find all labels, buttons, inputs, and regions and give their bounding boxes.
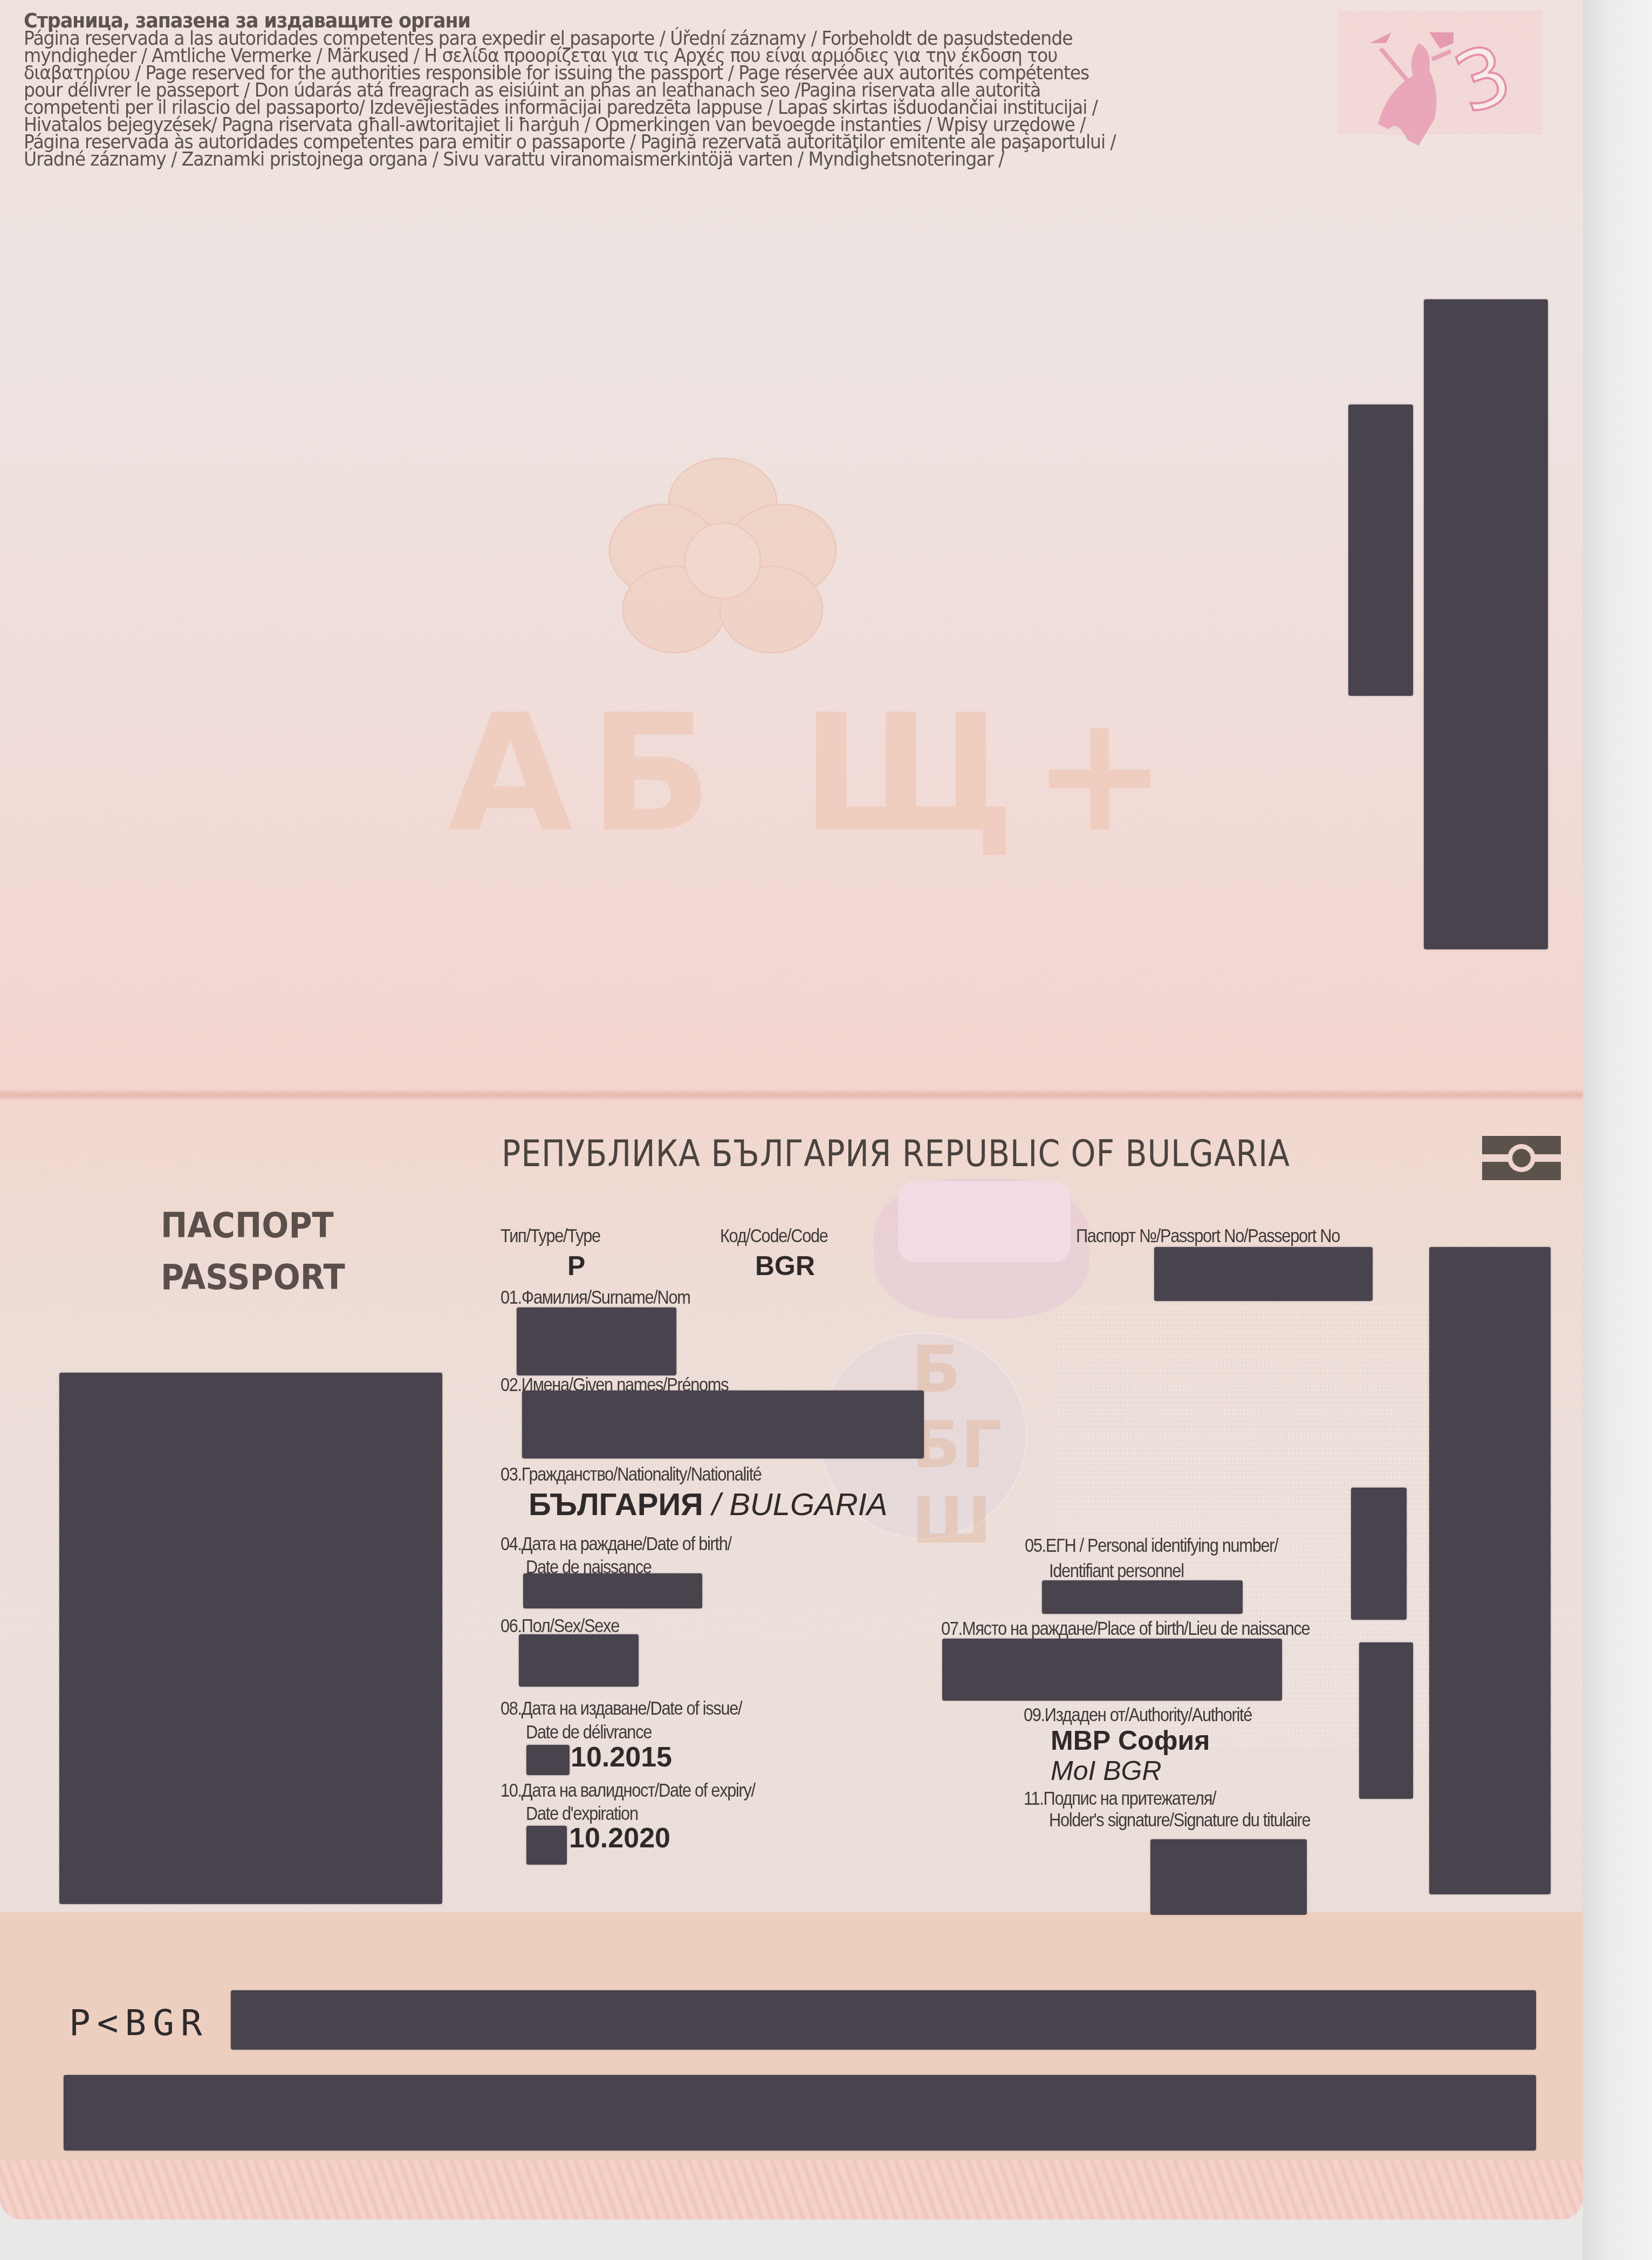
hologram-window-inner xyxy=(898,1181,1071,1262)
redacted-issue-day xyxy=(526,1745,570,1775)
field-value-code: BGR xyxy=(755,1250,815,1282)
redacted-pob-extra xyxy=(1359,1642,1413,1799)
redacted-pin xyxy=(1042,1580,1243,1614)
field-label-issue-date: 08.Дата на издаване/Date of issue/ xyxy=(501,1698,742,1720)
ghost-glyph-watermark: Б БГ Ш xyxy=(911,1332,1002,1559)
field-value-issue-date: 10.2015 xyxy=(571,1741,672,1773)
rose-watermark-icon xyxy=(593,442,852,669)
nationality-bg: БЪЛГАРИЯ xyxy=(529,1487,703,1522)
field-value-authority-bg: МВР София xyxy=(1051,1725,1210,1756)
redacted-stamp xyxy=(1424,299,1548,949)
field-label-passport-no: Паспорт №/Passport No/Passeport No xyxy=(1076,1225,1340,1247)
mrz-line-1-prefix: P<BGR xyxy=(69,2002,209,2044)
redacted-expiry-day xyxy=(526,1826,567,1865)
reserved-for-authorities-text: Страница, запазена за издаващите органи … xyxy=(24,12,1224,168)
redacted-pin-extra xyxy=(1351,1488,1407,1620)
rider-figure-icon xyxy=(1338,11,1543,151)
page-fold xyxy=(0,1090,1583,1101)
document-title: ПАСПОРТ PASSPORT xyxy=(161,1200,345,1304)
field-value-expiry-date: 10.2020 xyxy=(569,1822,670,1854)
field-label-expiry-date: 10.Дата на валидност/Date of expiry/ xyxy=(501,1780,755,1802)
nationality-sep: / xyxy=(703,1487,729,1522)
field-label-issue-date-fr: Date de délivrance xyxy=(526,1722,652,1743)
redacted-photo xyxy=(59,1373,442,1904)
redacted-dob xyxy=(523,1573,702,1608)
field-label-pob: 07.Място на раждане/Place of birth/Lieu … xyxy=(941,1618,1310,1640)
redacted-passport-no xyxy=(1154,1247,1373,1301)
reserved-line: Úradné záznamy / Zaznamki pristojnega or… xyxy=(24,151,1224,168)
redacted-signature xyxy=(1150,1839,1307,1915)
field-label-expiry-date-fr: Date d'expiration xyxy=(526,1803,638,1825)
page-number: 3 xyxy=(1338,11,1543,151)
field-label-signature-fr: Holder's signature/Signature du titulair… xyxy=(1049,1810,1310,1831)
field-label-signature: 11.Подпис на притежателя/ xyxy=(1024,1788,1216,1810)
field-label-pin: 05.ЕГН / Personal identifying number/ xyxy=(1025,1535,1278,1557)
redacted-stamp xyxy=(1348,405,1413,696)
document-title-en: PASSPORT xyxy=(161,1252,345,1304)
redacted-mrz-line-2 xyxy=(64,2075,1536,2151)
redacted-passport-no-vertical xyxy=(1429,1247,1551,1894)
field-label-nationality: 03.Гражданство/Nationality/Nationalité xyxy=(501,1464,762,1485)
document-title-bg: ПАСПОРТ xyxy=(161,1200,345,1252)
field-label-type: Тип/Type/Type xyxy=(501,1225,600,1247)
nationality-en: BULGARIA xyxy=(729,1487,887,1522)
field-label-authority: 09.Издаден от/Authority/Authorité xyxy=(1024,1704,1252,1726)
redacted-pob xyxy=(942,1639,1282,1701)
field-label-code: Код/Code/Code xyxy=(720,1225,828,1247)
scan-margin xyxy=(1583,0,1652,2260)
redacted-sex xyxy=(519,1634,639,1687)
field-label-pin-fr: Identifiant personnel xyxy=(1049,1560,1184,1582)
field-value-nationality: БЪЛГАРИЯ / BULGARIA xyxy=(529,1487,887,1523)
field-label-sex: 06.Пол/Sex/Sexe xyxy=(501,1615,619,1637)
field-value-authority-en: MoI BGR xyxy=(1051,1755,1162,1786)
field-value-type: P xyxy=(567,1250,585,1282)
page-bottom-edge xyxy=(0,2160,1583,2220)
redacted-mrz-line-1 xyxy=(231,1990,1536,2050)
alphabet-watermark: АБ Щ+ xyxy=(448,680,1183,868)
field-label-dob: 04.Дата на раждане/Date of birth/ xyxy=(501,1533,731,1555)
reserved-title: Страница, запазена за издаващите органи xyxy=(24,12,1224,29)
epassport-chip-icon xyxy=(1482,1136,1561,1180)
redacted-given-names xyxy=(522,1391,924,1458)
redacted-surname xyxy=(517,1307,676,1375)
field-label-surname: 01.Фамилия/Surname/Nom xyxy=(501,1287,690,1309)
country-header: РЕПУБЛИКА БЪЛГАРИЯ REPUBLIC OF BULGARIA xyxy=(502,1133,1290,1175)
